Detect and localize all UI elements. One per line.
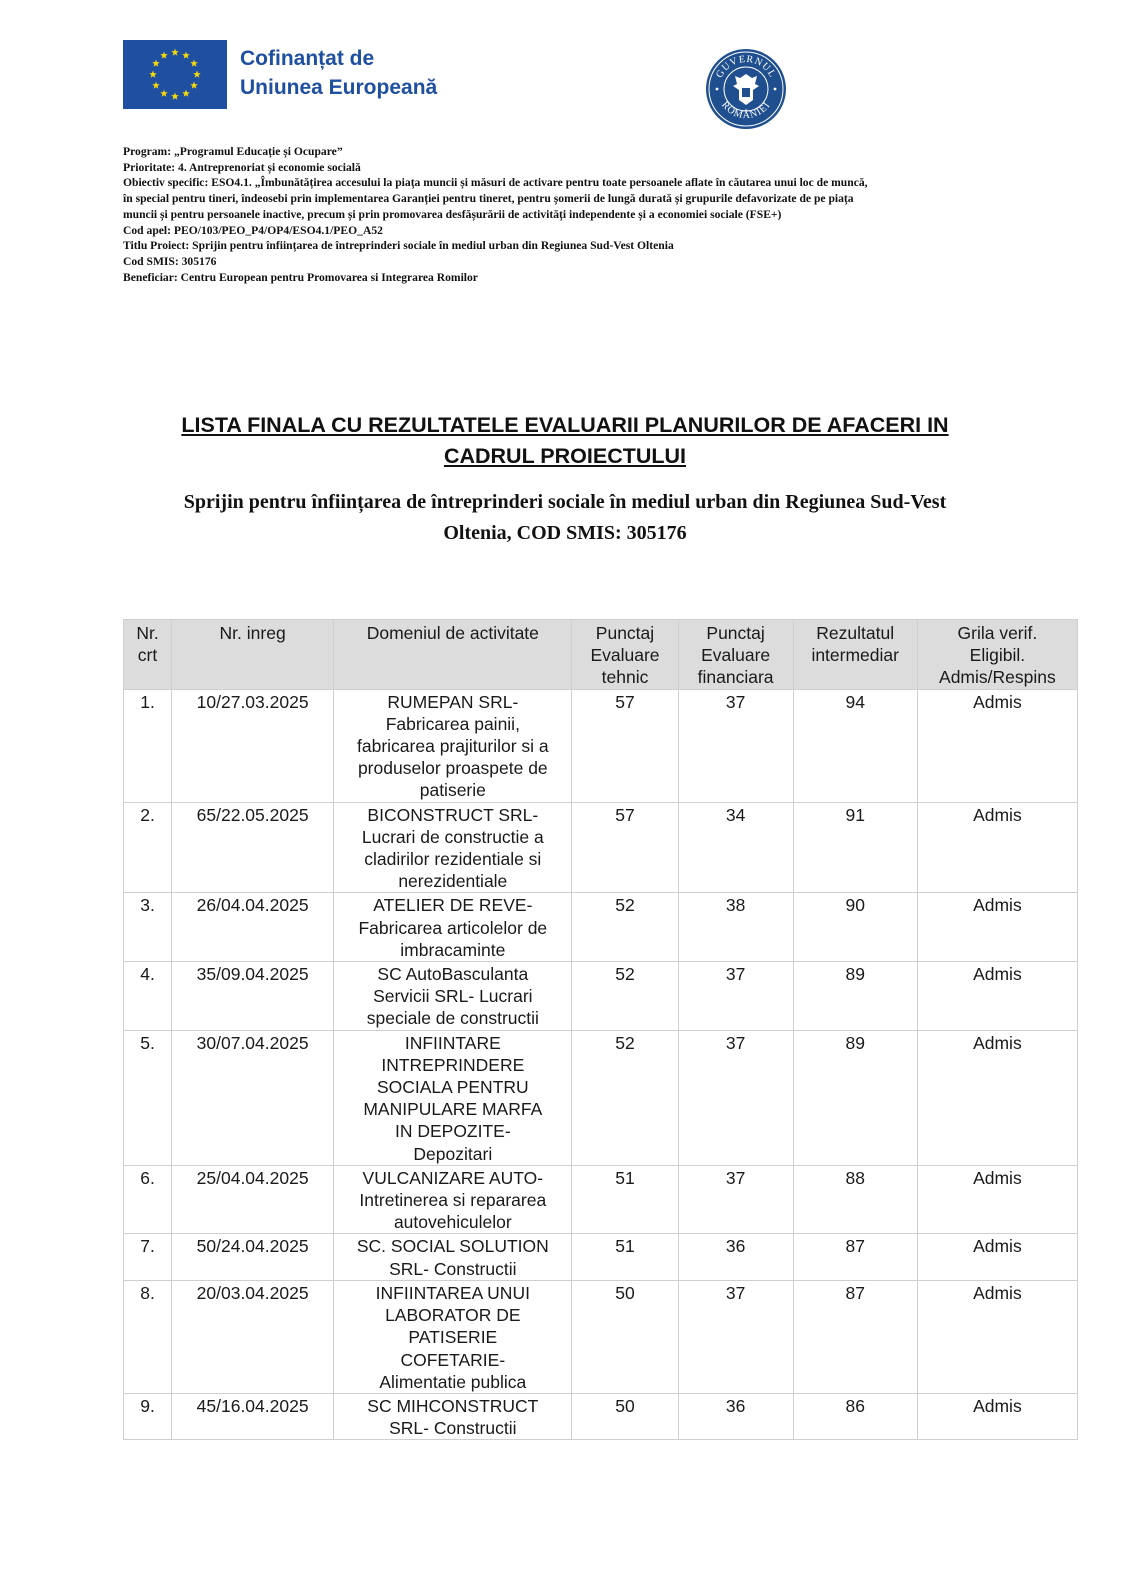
header-nr-inreg: Nr. inreg <box>172 620 334 690</box>
table-row: 3.26/04.04.2025ATELIER DE REVE-Fabricare… <box>124 893 1078 962</box>
cell-status: Admis <box>917 1393 1077 1439</box>
cell-punctaj-tehnic: 52 <box>572 893 678 962</box>
header-punctaj-tehnic: PunctajEvaluaretehnic <box>572 620 678 690</box>
eu-label-line2: Uniunea Europeană <box>240 73 437 102</box>
cell-punctaj-financiar: 34 <box>678 802 793 893</box>
domeniu-line: SRL- Constructii <box>338 1417 567 1439</box>
document-subtitle: Sprijin pentru înființarea de întreprind… <box>120 487 1010 549</box>
cell-punctaj-financiar: 37 <box>678 689 793 802</box>
cell-punctaj-tehnic: 50 <box>572 1393 678 1439</box>
metadata-line: muncii și pentru persoanele inactive, pr… <box>123 207 1023 223</box>
cell-punctaj-tehnic: 51 <box>572 1234 678 1280</box>
header-line: Grila verif. <box>922 622 1073 644</box>
guvernul-romaniei-seal-icon: GUVERNUL ROMÂNIEI <box>705 48 787 130</box>
table-row: 2.65/22.05.2025BICONSTRUCT SRL-Lucrari d… <box>124 802 1078 893</box>
domeniu-line: SRL- Constructii <box>338 1258 567 1280</box>
domeniu-line: Lucrari de constructie a <box>338 826 567 848</box>
cell-nr: 1. <box>124 689 172 802</box>
cell-nr: 4. <box>124 962 172 1031</box>
cell-rezultat: 87 <box>793 1280 917 1393</box>
cell-punctaj-financiar: 36 <box>678 1393 793 1439</box>
domeniu-line: SC MIHCONSTRUCT <box>338 1395 567 1417</box>
table-row: 9.45/16.04.2025SC MIHCONSTRUCTSRL- Const… <box>124 1393 1078 1439</box>
domeniu-line: INFIINTAREA UNUI <box>338 1282 567 1304</box>
cell-punctaj-tehnic: 57 <box>572 689 678 802</box>
document-subtitle-line1: Sprijin pentru înființarea de întreprind… <box>120 487 1010 518</box>
header-punctaj-financiar: PunctajEvaluarefinanciara <box>678 620 793 690</box>
document-title-line2: CADRUL PROIECTULUI <box>120 441 1010 472</box>
cell-punctaj-tehnic: 50 <box>572 1280 678 1393</box>
cell-status: Admis <box>917 893 1077 962</box>
domeniu-line: Fabricarea articolelor de <box>338 917 567 939</box>
cell-rezultat: 91 <box>793 802 917 893</box>
header-line: intermediar <box>798 644 913 666</box>
metadata-line: Cod SMIS: 305176 <box>123 254 1023 270</box>
metadata-line: Obiectiv specific: ESO4.1. „Îmbunătățire… <box>123 175 1023 191</box>
header-line: Nr. inreg <box>176 622 329 644</box>
cell-punctaj-tehnic: 57 <box>572 802 678 893</box>
cell-nr: 6. <box>124 1165 172 1234</box>
cell-domeniu: INFIINTAREA UNUILABORATOR DEPATISERIECOF… <box>334 1280 572 1393</box>
metadata-line: Titlu Proiect: Sprijin pentru înființare… <box>123 238 1023 254</box>
cell-nr-inreg: 35/09.04.2025 <box>172 962 334 1031</box>
cell-punctaj-financiar: 37 <box>678 962 793 1031</box>
table-body: 1.10/27.03.2025RUMEPAN SRL-Fabricarea pa… <box>124 689 1078 1440</box>
header-grila: Grila verif.Eligibil.Admis/Respins <box>917 620 1077 690</box>
cell-punctaj-financiar: 37 <box>678 1165 793 1234</box>
domeniu-line: Intretinerea si repararea <box>338 1189 567 1211</box>
metadata-line: Program: „Programul Educație și Ocupare” <box>123 144 1023 160</box>
header-line: Eligibil. <box>922 644 1073 666</box>
cell-domeniu: SC AutoBasculantaServicii SRL- Lucrarisp… <box>334 962 572 1031</box>
header-line: tehnic <box>576 666 673 688</box>
domeniu-line: nerezidentiale <box>338 870 567 892</box>
cell-punctaj-tehnic: 52 <box>572 962 678 1031</box>
table-header-row: Nr.crtNr. inregDomeniul de activitatePun… <box>124 620 1078 690</box>
domeniu-line: Alimentatie publica <box>338 1371 567 1393</box>
cell-rezultat: 88 <box>793 1165 917 1234</box>
header-line: Punctaj <box>576 622 673 644</box>
domeniu-line: BICONSTRUCT SRL- <box>338 804 567 826</box>
metadata-line: Prioritate: 4. Antreprenoriat și economi… <box>123 160 1023 176</box>
eu-label-line1: Cofinanțat de <box>240 44 437 73</box>
cell-nr-inreg: 45/16.04.2025 <box>172 1393 334 1439</box>
header-line: Nr. <box>128 622 167 644</box>
project-metadata: Program: „Programul Educație și Ocupare”… <box>123 144 1023 285</box>
eu-cofinancing-label: Cofinanțat de Uniunea Europeană <box>240 44 437 102</box>
domeniu-line: Fabricarea painii, <box>338 713 567 735</box>
domeniu-line: ATELIER DE REVE- <box>338 894 567 916</box>
cell-domeniu: SC. SOCIAL SOLUTIONSRL- Constructii <box>334 1234 572 1280</box>
eu-flag-icon <box>123 40 227 109</box>
cell-domeniu: ATELIER DE REVE-Fabricarea articolelor d… <box>334 893 572 962</box>
metadata-line: Cod apel: PEO/103/PEO_P4/OP4/ESO4.1/PEO_… <box>123 223 1023 239</box>
cell-nr: 5. <box>124 1030 172 1165</box>
cell-domeniu: INFIINTAREINTREPRINDERESOCIALA PENTRUMAN… <box>334 1030 572 1165</box>
table-row: 1.10/27.03.2025RUMEPAN SRL-Fabricarea pa… <box>124 689 1078 802</box>
cell-nr-inreg: 30/07.04.2025 <box>172 1030 334 1165</box>
domeniu-line: produselor proaspete de <box>338 757 567 779</box>
cell-punctaj-financiar: 37 <box>678 1280 793 1393</box>
domeniu-line: SC. SOCIAL SOLUTION <box>338 1235 567 1257</box>
header-rezultat: Rezultatulintermediar <box>793 620 917 690</box>
domeniu-line: INTREPRINDERE <box>338 1054 567 1076</box>
header-line: Punctaj <box>683 622 789 644</box>
domeniu-line: COFETARIE- <box>338 1349 567 1371</box>
cell-domeniu: RUMEPAN SRL-Fabricarea painii,fabricarea… <box>334 689 572 802</box>
cell-nr-inreg: 25/04.04.2025 <box>172 1165 334 1234</box>
table-row: 8.20/03.04.2025INFIINTAREA UNUILABORATOR… <box>124 1280 1078 1393</box>
header-line: Evaluare <box>576 644 673 666</box>
cell-punctaj-financiar: 36 <box>678 1234 793 1280</box>
cell-punctaj-financiar: 37 <box>678 1030 793 1165</box>
cell-nr-inreg: 50/24.04.2025 <box>172 1234 334 1280</box>
header-logos: Cofinanțat de Uniunea Europeană GUVERNUL… <box>123 40 823 130</box>
cell-nr: 8. <box>124 1280 172 1393</box>
domeniu-line: SOCIALA PENTRU <box>338 1076 567 1098</box>
cell-punctaj-tehnic: 52 <box>572 1030 678 1165</box>
domeniu-line: MANIPULARE MARFA <box>338 1098 567 1120</box>
cell-status: Admis <box>917 962 1077 1031</box>
domeniu-line: fabricarea prajiturilor si a <box>338 735 567 757</box>
cell-status: Admis <box>917 1234 1077 1280</box>
cell-punctaj-tehnic: 51 <box>572 1165 678 1234</box>
domeniu-line: PATISERIE <box>338 1326 567 1348</box>
domeniu-line: LABORATOR DE <box>338 1304 567 1326</box>
results-table: Nr.crtNr. inregDomeniul de activitatePun… <box>123 619 1078 1440</box>
domeniu-line: speciale de constructii <box>338 1007 567 1029</box>
cell-rezultat: 89 <box>793 962 917 1031</box>
header-line: Domeniul de activitate <box>338 622 567 644</box>
table-row: 5.30/07.04.2025INFIINTAREINTREPRINDERESO… <box>124 1030 1078 1165</box>
cell-status: Admis <box>917 1280 1077 1393</box>
document-subtitle-line2: Oltenia, COD SMIS: 305176 <box>120 518 1010 549</box>
cell-status: Admis <box>917 802 1077 893</box>
domeniu-line: cladirilor rezidentiale si <box>338 848 567 870</box>
cell-nr-inreg: 10/27.03.2025 <box>172 689 334 802</box>
header-line: financiara <box>683 666 789 688</box>
document-title: LISTA FINALA CU REZULTATELE EVALUARII PL… <box>120 410 1010 472</box>
cell-rezultat: 94 <box>793 689 917 802</box>
header-line: Evaluare <box>683 644 789 666</box>
header-nr-crt: Nr.crt <box>124 620 172 690</box>
cell-domeniu: BICONSTRUCT SRL-Lucrari de constructie a… <box>334 802 572 893</box>
header-line: Admis/Respins <box>922 666 1073 688</box>
table-row: 4.35/09.04.2025SC AutoBasculantaServicii… <box>124 962 1078 1031</box>
domeniu-line: INFIINTARE <box>338 1032 567 1054</box>
cell-rezultat: 87 <box>793 1234 917 1280</box>
header-line: Rezultatul <box>798 622 913 644</box>
cell-rezultat: 86 <box>793 1393 917 1439</box>
cell-nr: 7. <box>124 1234 172 1280</box>
cell-nr: 3. <box>124 893 172 962</box>
table-row: 6.25/04.04.2025VULCANIZARE AUTO-Intretin… <box>124 1165 1078 1234</box>
domeniu-line: SC AutoBasculanta <box>338 963 567 985</box>
table-row: 7.50/24.04.2025SC. SOCIAL SOLUTIONSRL- C… <box>124 1234 1078 1280</box>
metadata-line: în special pentru tineri, îndeosebi prin… <box>123 191 1023 207</box>
domeniu-line: RUMEPAN SRL- <box>338 691 567 713</box>
cell-domeniu: SC MIHCONSTRUCTSRL- Constructii <box>334 1393 572 1439</box>
cell-nr-inreg: 65/22.05.2025 <box>172 802 334 893</box>
domeniu-line: VULCANIZARE AUTO- <box>338 1167 567 1189</box>
cell-nr-inreg: 20/03.04.2025 <box>172 1280 334 1393</box>
header-domeniu: Domeniul de activitate <box>334 620 572 690</box>
cell-status: Admis <box>917 1165 1077 1234</box>
cell-status: Admis <box>917 689 1077 802</box>
header-line: crt <box>128 644 167 666</box>
domeniu-line: imbracaminte <box>338 939 567 961</box>
cell-punctaj-financiar: 38 <box>678 893 793 962</box>
cell-domeniu: VULCANIZARE AUTO-Intretinerea si reparar… <box>334 1165 572 1234</box>
cell-rezultat: 89 <box>793 1030 917 1165</box>
cell-status: Admis <box>917 1030 1077 1165</box>
metadata-line: Beneficiar: Centru European pentru Promo… <box>123 270 1023 286</box>
domeniu-line: IN DEPOZITE- <box>338 1120 567 1142</box>
cell-nr: 2. <box>124 802 172 893</box>
domeniu-line: Depozitari <box>338 1143 567 1165</box>
cell-rezultat: 90 <box>793 893 917 962</box>
domeniu-line: patiserie <box>338 779 567 801</box>
cell-nr: 9. <box>124 1393 172 1439</box>
domeniu-line: autovehiculelor <box>338 1211 567 1233</box>
domeniu-line: Servicii SRL- Lucrari <box>338 985 567 1007</box>
document-title-line1: LISTA FINALA CU REZULTATELE EVALUARII PL… <box>120 410 1010 441</box>
cell-nr-inreg: 26/04.04.2025 <box>172 893 334 962</box>
